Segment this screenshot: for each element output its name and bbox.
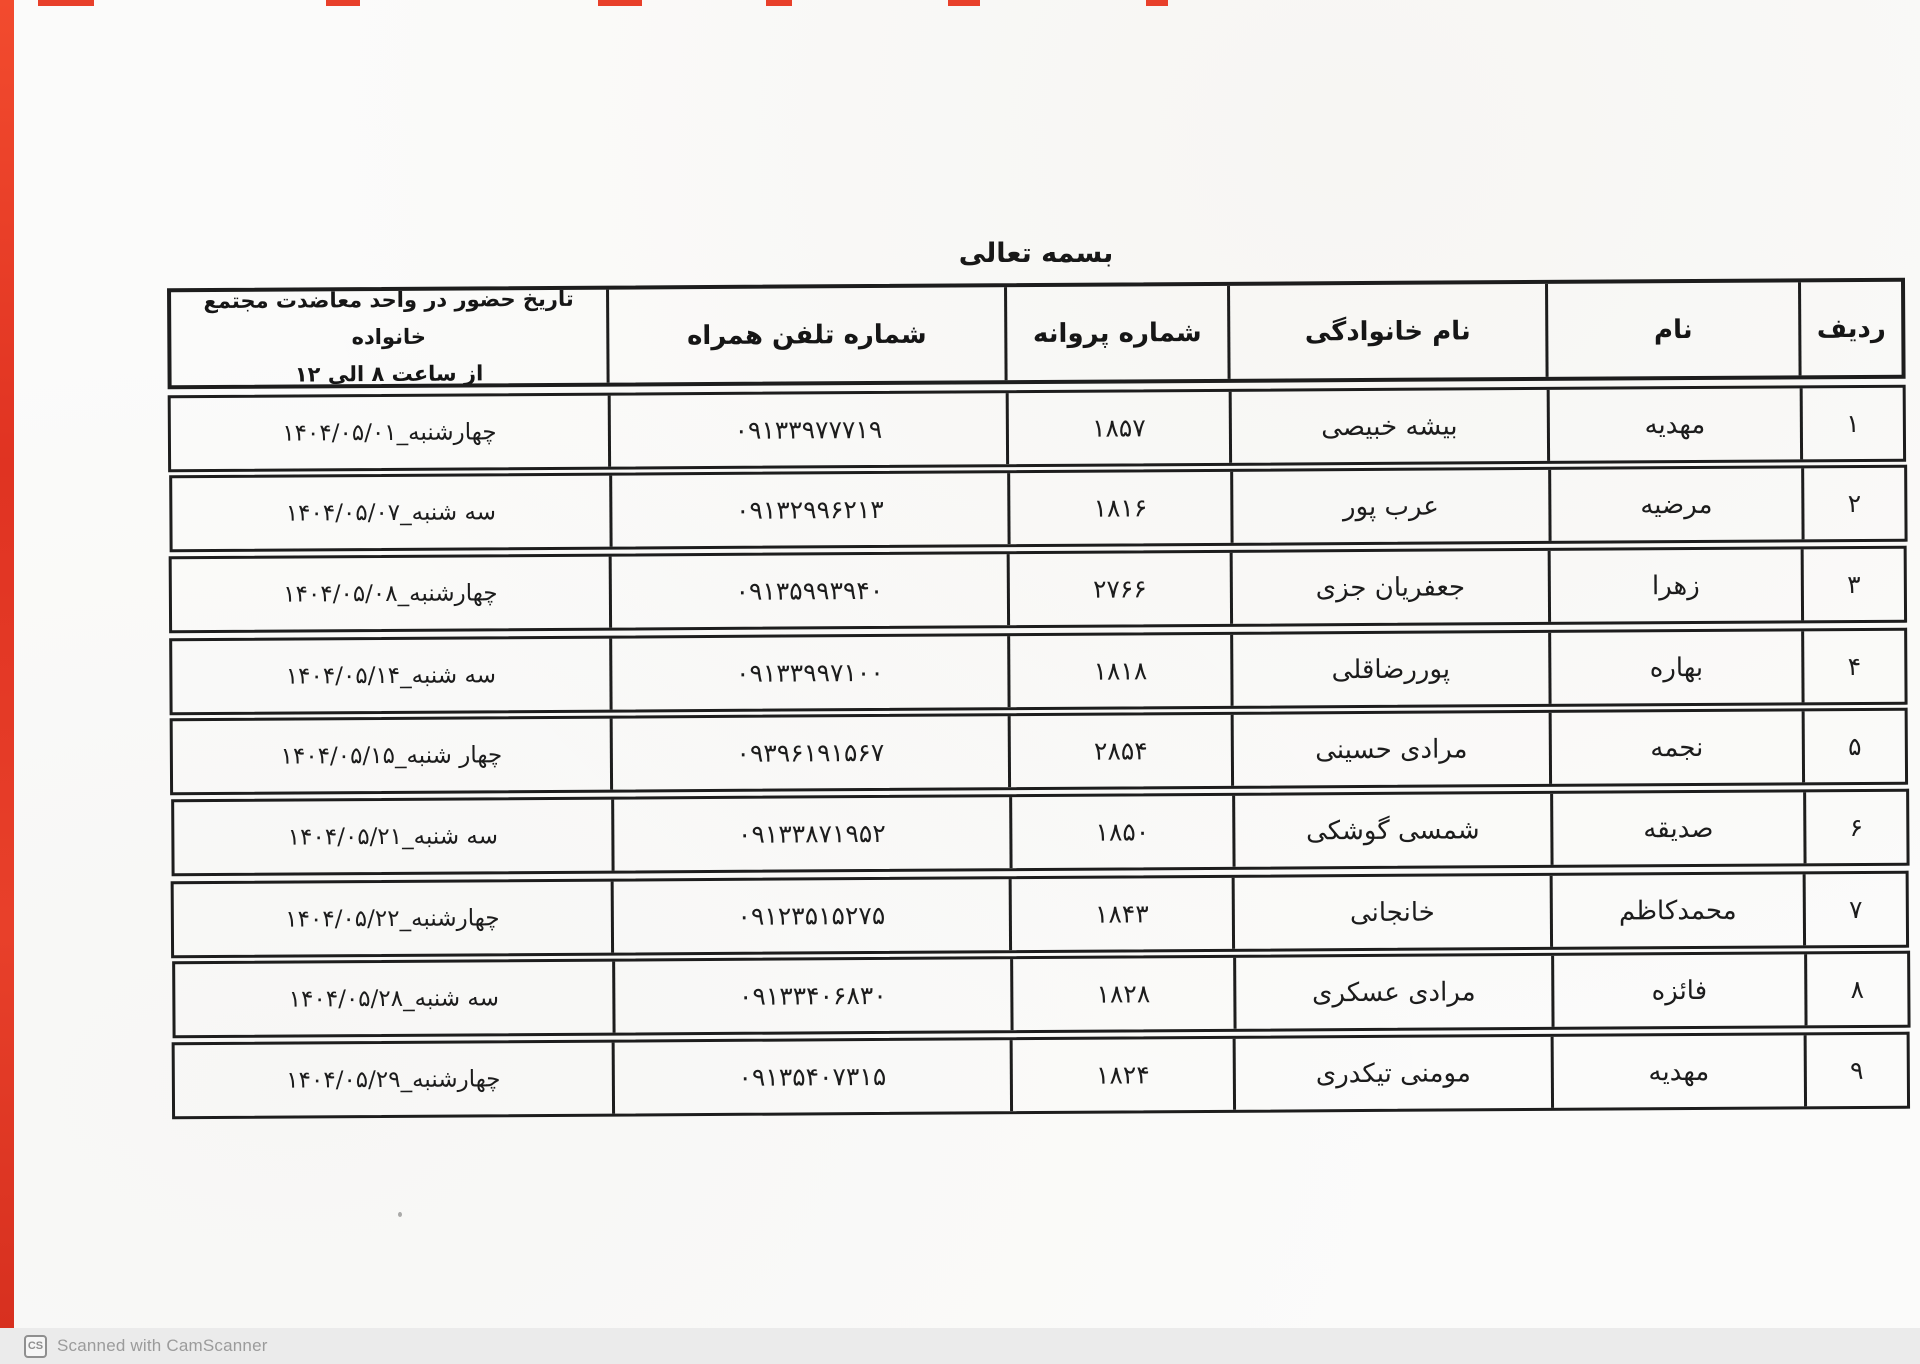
table-row: ۵ نجمه مرادی حسینی ۲۸۵۴ ۰۹۳۹۶۱۹۱۵۶۷ چهار… bbox=[170, 708, 1908, 796]
cell-first-name: مرضیه bbox=[1548, 468, 1801, 541]
cell-attendance-date: سه شنبه_۱۴۰۴/۰۵/۱۴ bbox=[172, 639, 609, 713]
header-attendance-date: تاریخ حضور در واحد معاضدت مجتمع خانواده … bbox=[171, 290, 607, 386]
cell-row-number: ۷ bbox=[1803, 874, 1906, 946]
cell-last-name: بیشه خبیصی bbox=[1229, 390, 1547, 463]
scan-top-edge-mark bbox=[948, 0, 980, 6]
header-attendance-date-line1: تاریخ حضور در واحد معاضدت مجتمع خانواده bbox=[177, 290, 600, 357]
cell-row-number: ۲ bbox=[1801, 468, 1904, 540]
cell-first-name: محمدکاظم bbox=[1550, 874, 1803, 947]
table-row: ۸ فائزه مرادی عسکری ۱۸۲۸ ۰۹۱۳۳۴۰۶۸۳۰ سه … bbox=[172, 951, 1910, 1039]
cell-row-number: ۹ bbox=[1804, 1035, 1907, 1107]
cell-first-name: مهدیه bbox=[1547, 388, 1800, 461]
scan-top-edge-mark bbox=[1146, 0, 1168, 6]
camscanner-watermark-bar: CS Scanned with CamScanner bbox=[0, 1328, 1920, 1364]
cell-row-number: ۱ bbox=[1800, 388, 1903, 460]
cell-first-name: فائزه bbox=[1551, 954, 1804, 1027]
header-row-number: ردیف bbox=[1798, 282, 1902, 376]
cell-row-number: ۳ bbox=[1801, 549, 1904, 621]
cell-last-name: شمسی گوشکی bbox=[1232, 794, 1550, 867]
scan-top-edge-mark bbox=[598, 0, 642, 6]
table-row: ۳ زهرا جعفریان جزی ۲۷۶۶ ۰۹۱۳۵۹۹۳۹۴۰ چهار… bbox=[169, 546, 1907, 634]
camscanner-watermark-text: Scanned with CamScanner bbox=[57, 1336, 268, 1356]
cell-last-name: خانجانی bbox=[1232, 876, 1550, 949]
table-row: ۹ مهدیه مومنی تیکدری ۱۸۲۴ ۰۹۱۳۵۴۰۷۳۱۵ چه… bbox=[172, 1032, 1910, 1120]
cell-attendance-date: سه شنبه_۱۴۰۴/۰۵/۲۱ bbox=[174, 800, 611, 874]
cell-mobile-number: ۰۹۱۳۳۹۷۷۷۱۹ bbox=[608, 393, 1006, 466]
header-mobile-number: شماره تلفن همراه bbox=[606, 287, 1005, 382]
table-row: ۴ بهاره پوررضاقلی ۱۸۱۸ ۰۹۱۳۳۹۹۷۱۰۰ سه شن… bbox=[169, 628, 1907, 716]
attendance-table: ردیف نام نام خانوادگی شماره پروانه شماره… bbox=[167, 278, 1910, 1124]
cell-row-number: ۸ bbox=[1804, 954, 1907, 1026]
cell-license-number: ۱۸۱۸ bbox=[1007, 635, 1230, 707]
header-attendance-date-line2: از ساعت ۸ الی ۱۲ bbox=[295, 355, 484, 385]
cell-attendance-date: چهارشنبه_۱۴۰۴/۰۵/۲۲ bbox=[174, 882, 611, 956]
table-row: ۷ محمدکاظم خانجانی ۱۸۴۳ ۰۹۱۲۳۵۱۵۲۷۵ چهار… bbox=[171, 871, 1909, 959]
cell-license-number: ۱۸۴۳ bbox=[1009, 878, 1232, 950]
cell-mobile-number: ۰۹۱۳۵۹۹۳۹۴۰ bbox=[609, 554, 1007, 627]
cell-last-name: مرادی حسینی bbox=[1231, 713, 1549, 786]
page-title: بسمه تعالی bbox=[167, 238, 1905, 269]
scan-speck bbox=[398, 1212, 402, 1217]
cell-row-number: ۶ bbox=[1803, 792, 1906, 864]
cell-mobile-number: ۰۹۱۳۳۹۹۷۱۰۰ bbox=[609, 636, 1007, 709]
header-last-name: نام خانوادگی bbox=[1227, 284, 1546, 379]
cell-last-name: مومنی تیکدری bbox=[1233, 1037, 1551, 1110]
cell-attendance-date: چهارشنبه_۱۴۰۴/۰۵/۲۹ bbox=[175, 1043, 612, 1117]
cell-mobile-number: ۰۹۱۳۳۴۰۶۸۳۰ bbox=[612, 959, 1010, 1032]
cell-mobile-number: ۰۹۱۳۲۹۹۶۲۱۳ bbox=[609, 473, 1007, 546]
cell-mobile-number: ۰۹۱۳۳۸۷۱۹۵۲ bbox=[611, 797, 1009, 870]
cell-mobile-number: ۰۹۱۳۵۴۰۷۳۱۵ bbox=[612, 1040, 1010, 1113]
cell-attendance-date: چهار شنبه_۱۴۰۴/۰۵/۱۵ bbox=[173, 719, 610, 793]
cell-last-name: پوررضاقلی bbox=[1230, 633, 1548, 706]
cell-row-number: ۵ bbox=[1802, 711, 1905, 783]
cell-license-number: ۱۸۲۴ bbox=[1010, 1039, 1233, 1111]
cell-first-name: مهدیه bbox=[1551, 1035, 1804, 1108]
cell-attendance-date: چهارشنبه_۱۴۰۴/۰۵/۰۸ bbox=[172, 557, 609, 631]
cell-license-number: ۱۸۵۰ bbox=[1009, 796, 1232, 868]
cell-last-name: عرب پور bbox=[1230, 470, 1548, 543]
cell-mobile-number: ۰۹۱۲۳۵۱۵۲۷۵ bbox=[611, 879, 1009, 952]
scan-top-edge-mark bbox=[326, 0, 360, 6]
camscanner-logo: CS bbox=[24, 1335, 47, 1358]
scan-top-edge-mark bbox=[38, 0, 94, 6]
cell-row-number: ۴ bbox=[1801, 631, 1904, 703]
cell-attendance-date: چهارشنبه_۱۴۰۴/۰۵/۰۱ bbox=[171, 396, 608, 470]
cell-mobile-number: ۰۹۳۹۶۱۹۱۵۶۷ bbox=[610, 716, 1008, 789]
cell-last-name: مرادی عسکری bbox=[1233, 956, 1551, 1029]
table-row: ۱ مهدیه بیشه خبیصی ۱۸۵۷ ۰۹۱۳۳۹۷۷۷۱۹ چهار… bbox=[168, 385, 1906, 473]
header-first-name: نام bbox=[1545, 282, 1799, 377]
header-license-number: شماره پروانه bbox=[1004, 286, 1228, 380]
cell-license-number: ۱۸۱۶ bbox=[1007, 472, 1230, 544]
cell-license-number: ۲۷۶۶ bbox=[1007, 553, 1230, 625]
cell-attendance-date: سه شنبه_۱۴۰۴/۰۵/۰۷ bbox=[172, 476, 609, 550]
table-body: ۱ مهدیه بیشه خبیصی ۱۸۵۷ ۰۹۱۳۳۹۷۷۷۱۹ چهار… bbox=[168, 384, 1910, 1120]
table-header-row: ردیف نام نام خانوادگی شماره پروانه شماره… bbox=[167, 278, 1906, 390]
cell-license-number: ۱۸۵۷ bbox=[1006, 392, 1229, 464]
table-row: ۶ صدیقه شمسی گوشکی ۱۸۵۰ ۰۹۱۳۳۸۷۱۹۵۲ سه ش… bbox=[171, 789, 1909, 877]
cell-license-number: ۱۸۲۸ bbox=[1010, 958, 1233, 1030]
scan-left-edge-artifact bbox=[0, 0, 14, 1330]
cell-first-name: بهاره bbox=[1548, 631, 1801, 704]
scan-top-edge-mark bbox=[766, 0, 792, 6]
cell-attendance-date: سه شنبه_۱۴۰۴/۰۵/۲۸ bbox=[175, 962, 612, 1036]
table-row: ۲ مرضیه عرب پور ۱۸۱۶ ۰۹۱۳۲۹۹۶۲۱۳ سه شنبه… bbox=[169, 465, 1907, 553]
cell-license-number: ۲۸۵۴ bbox=[1008, 715, 1231, 787]
cell-first-name: نجمه bbox=[1549, 711, 1802, 784]
cell-first-name: صدیقه bbox=[1550, 792, 1803, 865]
cell-first-name: زهرا bbox=[1548, 549, 1801, 622]
cell-last-name: جعفریان جزی bbox=[1230, 551, 1548, 624]
